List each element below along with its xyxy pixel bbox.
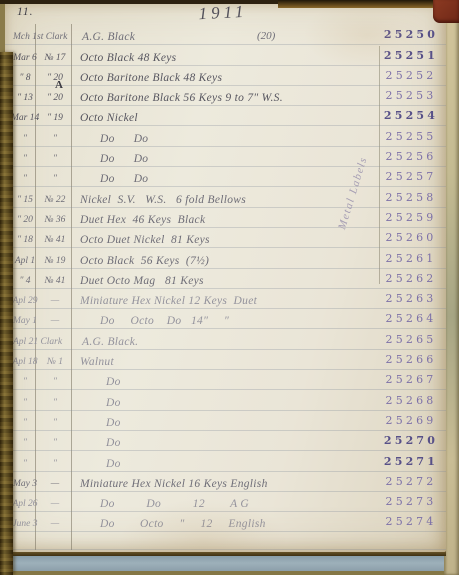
- ledger-row: Mar 6 № 17 Octo Black 48 Keys 25251: [5, 45, 446, 65]
- date-cell: Apl 21 Clark: [11, 337, 73, 349]
- serial-number: 25271: [376, 455, 446, 471]
- date-cell: ″: [11, 459, 39, 471]
- letter-annotation: A: [55, 79, 63, 91]
- serial-number: 25265: [376, 333, 446, 349]
- ledger-row: ″ ″ Do 25271: [5, 451, 446, 471]
- description-cell: Do Octo Do 14″ ″: [71, 315, 376, 328]
- serial-number: 25273: [376, 495, 446, 511]
- ledger-row: May 3 — Miniature Hex Nickel 16 Keys Eng…: [5, 472, 446, 492]
- ledger-row: ″ 13 ″ 20 Octo Baritone Black 56 Keys 9 …: [5, 86, 446, 106]
- model-no-cell: ″: [39, 134, 71, 146]
- ledger-row: Apl 29 — Miniature Hex Nickel 12 Keys Du…: [5, 289, 446, 309]
- serial-number: 25274: [376, 515, 446, 531]
- description-cell: Do Do: [71, 153, 376, 166]
- book-binding: [0, 52, 13, 575]
- serial-number: 25262: [376, 272, 446, 288]
- date-cell: ″ 18: [11, 235, 39, 247]
- ledger-row: Apl 21 Clark A.G. Black. 25265: [5, 329, 446, 349]
- date-cell: ″ 20: [11, 215, 39, 227]
- description-cell: Do Do 12 A G: [71, 498, 376, 511]
- model-no-cell: ″: [39, 377, 71, 389]
- description-cell: Do Do: [71, 133, 376, 146]
- date-cell: ″ 15: [11, 195, 39, 207]
- model-no-cell: —: [39, 499, 71, 511]
- serial-number: 25260: [376, 231, 446, 247]
- blank-ruled-row: [5, 532, 446, 550]
- date-cell: May 3: [11, 479, 39, 491]
- date-cell: ″: [11, 154, 39, 166]
- model-no-cell: —: [39, 479, 71, 491]
- ledger-row: Apl 1 № 19 Octo Black 56 Keys (7½) 25261: [5, 248, 446, 268]
- serial-number: 25258: [376, 191, 446, 207]
- description-cell: Do: [71, 376, 376, 389]
- description-cell: Octo Nickel: [71, 112, 376, 125]
- model-no-cell: № 22: [39, 195, 71, 207]
- description-cell: Do: [71, 458, 376, 471]
- description-cell: Nickel S.V. W.S. 6 fold Bellows: [71, 194, 376, 207]
- serial-number: 25255: [376, 130, 446, 146]
- date-cell: ″: [11, 174, 39, 186]
- model-no-cell: —: [39, 519, 71, 531]
- date-cell: Mar 6: [11, 53, 39, 65]
- serial-number: 25272: [376, 475, 446, 491]
- book-cover-corner: [433, 0, 459, 23]
- quantity-note: (20): [257, 30, 275, 42]
- ledger-row: ″ 18 № 41 Octo Duet Nickel 81 Keys 25260: [5, 228, 446, 248]
- model-no-cell: № 36: [39, 215, 71, 227]
- model-no-cell: ″: [39, 174, 71, 186]
- page-edge-stack: [444, 0, 459, 575]
- model-no-cell: —: [39, 316, 71, 328]
- date-cell: June 3: [11, 519, 39, 531]
- date-cell: Apl 18: [11, 357, 39, 369]
- date-cell: Apl 1: [11, 256, 39, 268]
- description-cell: Do Do: [71, 173, 376, 186]
- description-cell: Duet Octo Mag 81 Keys: [71, 275, 376, 288]
- ledger-row: ″ ″ Do Do 25256: [5, 147, 446, 167]
- ledger-page: 11. 1911 Mch 1st Clark A.G. Black 25250 …: [5, 2, 446, 552]
- serial-number: 25267: [376, 373, 446, 389]
- model-no-cell: ″: [39, 418, 71, 430]
- model-no-cell: № 41: [39, 235, 71, 247]
- description-cell: Duet Hex 46 Keys Black: [71, 214, 376, 227]
- description-cell: Do: [71, 397, 376, 410]
- serial-number: 25268: [376, 394, 446, 410]
- description-cell: Octo Baritone Black 48 Keys: [71, 72, 376, 85]
- description-cell: Do Octo ″ 12 English: [71, 518, 376, 531]
- ledger-row: May 1 — Do Octo Do 14″ ″ 25264: [5, 309, 446, 329]
- model-no-cell: ″ 19: [39, 113, 71, 125]
- ledger-row: ″ ″ Do 25269: [5, 411, 446, 431]
- description-cell: Octo Black 48 Keys: [71, 52, 376, 65]
- date-cell: Mch 1st Clark: [11, 32, 73, 44]
- ledger-row: Apl 26 — Do Do 12 A G 25273: [5, 492, 446, 512]
- serial-number: 25264: [376, 312, 446, 328]
- serial-number: 25250: [376, 28, 446, 44]
- model-no-cell: ″: [39, 459, 71, 471]
- ledger-book-photo: 11. 1911 Mch 1st Clark A.G. Black 25250 …: [0, 0, 459, 575]
- model-no-cell: № 41: [39, 276, 71, 288]
- model-no-cell: —: [39, 296, 71, 308]
- description-cell: Octo Baritone Black 56 Keys 9 to 7″ W.S.: [71, 92, 376, 105]
- ledger-rows: Mch 1st Clark A.G. Black 25250 (20) Mar …: [5, 25, 446, 550]
- serial-number: 25252: [376, 69, 446, 85]
- description-cell: Walnut: [71, 356, 376, 369]
- serial-number: 25266: [376, 353, 446, 369]
- model-no-cell: ″: [39, 398, 71, 410]
- ledger-row: ″ ″ Do 25267: [5, 370, 446, 390]
- table-edge: [0, 571, 459, 575]
- model-no-cell: № 19: [39, 256, 71, 268]
- ledger-row: ″ 8 ″ 20 Octo Baritone Black 48 Keys 252…: [5, 66, 446, 86]
- description-cell: A.G. Black.: [73, 336, 376, 349]
- serial-number: 25263: [376, 292, 446, 308]
- date-cell: Apl 26: [11, 499, 39, 511]
- model-no-cell: № 17: [39, 53, 71, 65]
- date-cell: ″: [11, 134, 39, 146]
- ledger-row: June 3 — Do Octo ″ 12 English 25274: [5, 512, 446, 532]
- date-cell: ″ 13: [11, 93, 39, 105]
- date-cell: Mar 14: [11, 113, 39, 125]
- date-cell: May 1: [11, 316, 39, 328]
- serial-number: 25269: [376, 414, 446, 430]
- description-cell: Do: [71, 437, 376, 450]
- serial-number: 25253: [376, 89, 446, 105]
- date-cell: Apl 29: [11, 296, 39, 308]
- ledger-row: ″ ″ Do Do 25255: [5, 126, 446, 146]
- serial-number: 25256: [376, 150, 446, 166]
- description-cell: Miniature Hex Nickel 16 Keys English: [71, 478, 376, 491]
- description-cell: Miniature Hex Nickel 12 Keys Duet: [71, 295, 376, 308]
- description-cell: A.G. Black: [73, 31, 376, 44]
- ledger-row: Mch 1st Clark A.G. Black 25250 (20): [5, 25, 446, 45]
- date-cell: ″: [11, 377, 39, 389]
- date-cell: ″: [11, 418, 39, 430]
- ledger-row: ″ ″ Do 25270: [5, 431, 446, 451]
- date-cell: ″ 4: [11, 276, 39, 288]
- ledger-row: ″ 20 № 36 Duet Hex 46 Keys Black 25259: [5, 208, 446, 228]
- model-no-cell: ″: [39, 154, 71, 166]
- ledger-row: ″ ″ Do 25268: [5, 390, 446, 410]
- serial-number: 25270: [376, 434, 446, 450]
- model-no-cell: ″: [39, 438, 71, 450]
- serial-number: 25257: [376, 170, 446, 186]
- description-cell: Do: [71, 417, 376, 430]
- page-number: 11.: [17, 6, 34, 18]
- ledger-row: ″ 15 № 22 Nickel S.V. W.S. 6 fold Bellow…: [5, 187, 446, 207]
- ledger-row: ″ 4 № 41 Duet Octo Mag 81 Keys 25262: [5, 269, 446, 289]
- model-no-cell: ″ 20: [39, 93, 71, 105]
- date-cell: ″: [11, 398, 39, 410]
- date-cell: ″: [11, 438, 39, 450]
- model-no-cell: № 1: [39, 357, 71, 369]
- serial-number: 25259: [376, 211, 446, 227]
- serial-number: 25261: [376, 252, 446, 268]
- ledger-row: Apl 18 № 1 Walnut 25266: [5, 350, 446, 370]
- book-top-edge-right: [278, 0, 459, 8]
- serial-number: 25251: [376, 49, 446, 65]
- date-cell: ″ 8: [11, 73, 39, 85]
- ledger-row: ″ ″ Do Do 25257: [5, 167, 446, 187]
- serial-number: 25254: [376, 109, 446, 125]
